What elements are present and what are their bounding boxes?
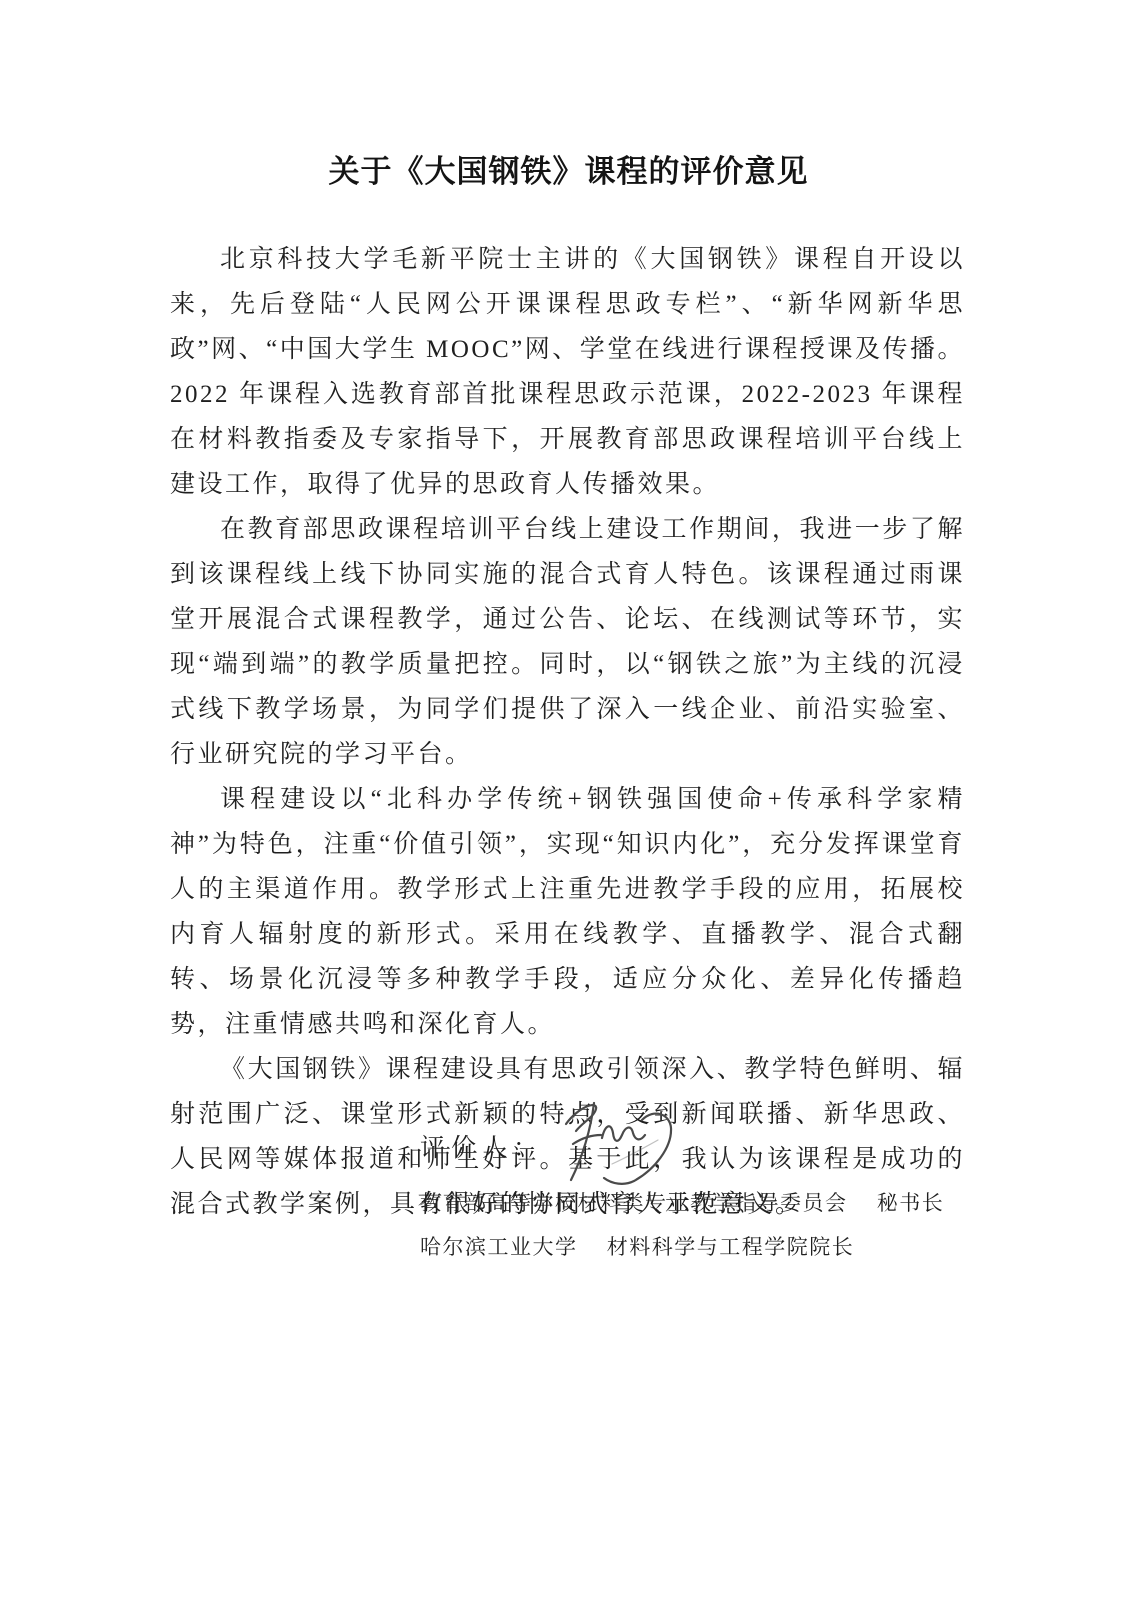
paragraph-3: 课程建设以“北科办学传统+钢铁强国使命+传承科学家精神”为特色，注重“价值引领”… [170,777,965,1047]
evaluator-label: 评价人： [420,1128,544,1164]
handwritten-signature [542,1090,687,1195]
document-title: 关于《大国钢铁》课程的评价意见 [0,146,1137,191]
document-body: 北京科技大学毛新平院士主讲的《大国钢铁》课程自开设以来，先后登陆“人民网公开课课… [170,237,965,1227]
document-page: 关于《大国钢铁》课程的评价意见 北京科技大学毛新平院士主讲的《大国钢铁》课程自开… [0,0,1137,1609]
paragraph-2: 在教育部思政课程培训平台线上建设工作期间，我进一步了解到该课程线上线下协同实施的… [170,507,965,777]
signature-block: 评价人： 教育部高等学校材料类专业教学指导委员会 秘书长 哈尔滨工业大学 材料科… [420,1085,980,1285]
paragraph-1: 北京科技大学毛新平院士主讲的《大国钢铁》课程自开设以来，先后登陆“人民网公开课课… [170,237,965,507]
signature-org-line: 教育部高等学校材料类专业教学指导委员会 秘书长 [420,1187,944,1217]
signature-org-line: 哈尔滨工业大学 材料科学与工程学院院长 [420,1231,854,1261]
